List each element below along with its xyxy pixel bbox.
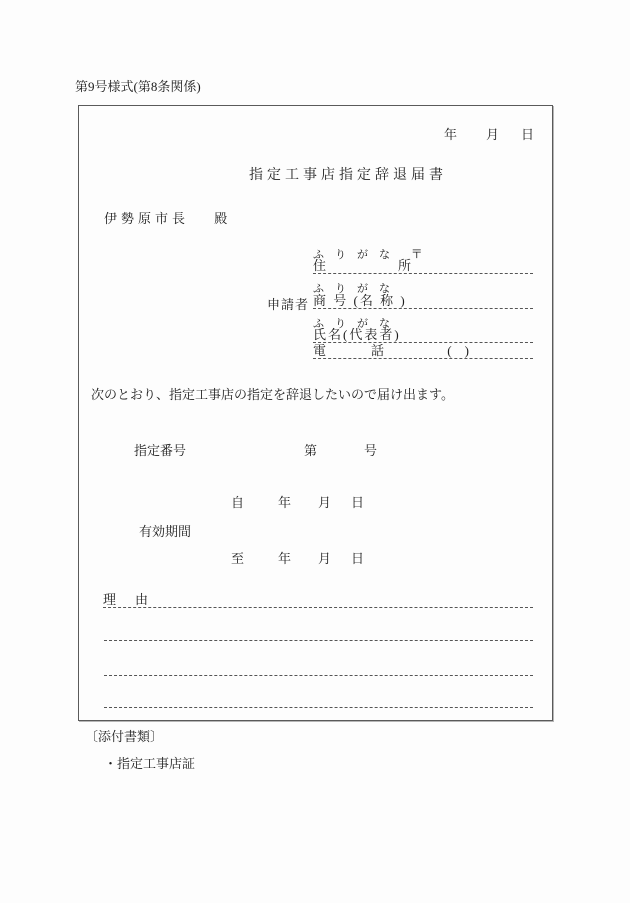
phone-field: 電 話 ( ) — [313, 343, 533, 359]
addressee: 伊勢原市長 殿 — [104, 208, 227, 227]
reason-line-4 — [104, 707, 533, 708]
reason-line-3 — [104, 675, 533, 676]
to-month-label: 月 — [318, 548, 331, 567]
designation-number-label: 指定番号 — [134, 440, 186, 459]
number-suffix: 号 — [364, 440, 377, 459]
form-border-box: 年 月 日 指定工事店指定辞退届書 伊勢原市長 殿 申請者 ふ り が な 〒 … — [78, 105, 553, 721]
attachment-item: ・指定工事店証 — [104, 753, 195, 772]
validity-period-label: 有効期間 — [139, 521, 191, 540]
number-prefix: 第 — [304, 440, 317, 459]
date-day-label: 日 — [521, 124, 534, 143]
addressee-honorific: 殿 — [214, 211, 227, 226]
address-label-right: 所 — [398, 258, 411, 274]
reason-label: 理 由 — [103, 592, 148, 608]
applicant-label: 申請者 — [267, 294, 309, 313]
representative-field: 氏名(代表者) — [313, 327, 533, 343]
phone-label: 電 話 — [313, 343, 384, 359]
address-label: 住 所 — [313, 258, 411, 274]
date-month-label: 月 — [486, 124, 499, 143]
from-year-label: 年 — [278, 492, 291, 511]
form-number: 第9号様式(第8条関係) — [75, 76, 201, 95]
company-field: 商 号 (名 称 ) — [313, 293, 533, 309]
validity-to-row: 至 年 月 日 — [231, 548, 364, 567]
address-label-left: 住 — [313, 258, 326, 274]
from-prefix: 自 — [231, 492, 244, 511]
document-page: 第9号様式(第8条関係) 年 月 日 指定工事店指定辞退届書 伊勢原市長 殿 申… — [0, 0, 630, 903]
to-year-label: 年 — [278, 548, 291, 567]
to-day-label: 日 — [351, 548, 364, 567]
representative-label: 氏名(代表者) — [313, 327, 401, 342]
phone-label-left: 電 — [313, 343, 326, 359]
reason-line-2 — [104, 640, 533, 641]
to-prefix: 至 — [231, 548, 244, 567]
addressee-name: 伊勢原市長 — [104, 211, 189, 226]
phone-label-right: 話 — [371, 343, 384, 359]
reason-label-left: 理 — [103, 592, 116, 608]
statement-text: 次のとおり、指定工事店の指定を辞退したいので届け出ます。 — [91, 384, 454, 403]
reason-field: 理 由 — [103, 592, 533, 608]
company-label: 商 号 (名 称 ) — [313, 293, 407, 308]
from-month-label: 月 — [318, 492, 331, 511]
date-line: 年 月 日 — [444, 124, 534, 143]
from-day-label: 日 — [351, 492, 364, 511]
phone-area-parens: ( ) — [447, 343, 469, 358]
designation-number-row: 指定番号 第 号 — [134, 440, 377, 459]
date-year-label: 年 — [444, 124, 457, 143]
validity-from-row: 自 年 月 日 — [231, 492, 364, 511]
reason-label-right: 由 — [135, 592, 148, 608]
address-field: 住 所 — [313, 258, 533, 274]
attachments-header: 〔添付書類〕 — [85, 726, 163, 745]
form-title: 指定工事店指定辞退届書 — [249, 164, 447, 184]
